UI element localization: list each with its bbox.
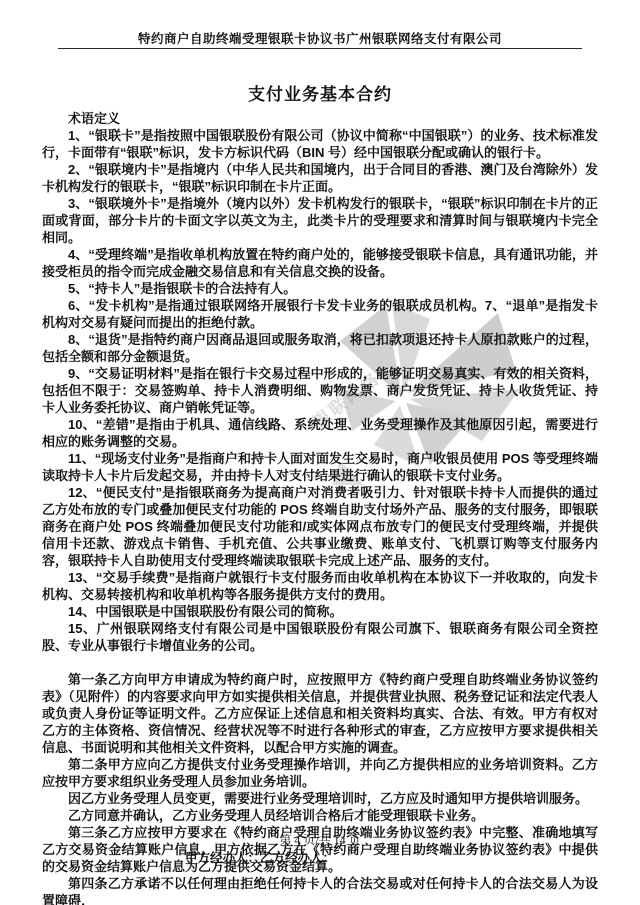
term-paragraph-2: 2、“银联境内卡”是指境内（中华人民共和国境内，出于合同目的香港、澳门及台湾除外…: [42, 161, 598, 195]
header-title: 特约商户自助终端受理银联卡协议书广州银联网络支付有限公司: [0, 29, 640, 47]
term-paragraph-11: 11、“现场支付业务”是指商户和持卡人面对面发生交易时，商户收银员使用 POS …: [42, 450, 598, 484]
clause-2: 第二条甲方应向乙方提供支付业务受理操作培训，并向乙方提供相应的业务培训资料。乙方…: [42, 756, 598, 790]
document-page: 特约商户自助终端受理银联卡协议书广州银联网络支付有限公司 支付业务基本合约 银联…: [0, 0, 640, 905]
term-paragraph-12: 12、“便民支付”是指银联商务为提高商户对消费者吸引力、针对银联卡持卡人而提供的…: [42, 484, 598, 569]
page-title: 支付业务基本合约: [0, 80, 640, 105]
term-paragraph-1: 1、“银联卡”是指按照中国银联股份有限公司（协议中简称“中国银联”）的业务、技术…: [42, 127, 598, 161]
footer-page-number: 第 4 页/共 14 页: [0, 831, 640, 848]
header-rule: [58, 48, 582, 49]
term-paragraph-6-7: 6、“发卡机构”是指通过银联网络开展银行卡发卡业务的银联成员机构。7、“退单”是…: [42, 297, 598, 331]
clause-2-sub-1: 因乙方业务受理人员变更，需要进行业务受理培训时，乙方应及时通知甲方提供培训服务。: [42, 790, 598, 807]
terms-heading: 术语定义: [42, 110, 598, 127]
clause-2-sub-2: 乙方同意并确认，乙方业务受理人员经培训合格后才能受理银联卡业务。: [42, 807, 598, 824]
term-paragraph-3: 3、“银联境外卡”是指境外（境内以外）发卡机构发行的银联卡，“银联”标识印制在卡…: [42, 195, 598, 246]
term-paragraph-15: 15、广州银联网络支付有限公司是中国银联股份有限公司旗下、银联商务有限公司全资控…: [42, 620, 598, 654]
term-paragraph-8: 8、“退货”是指特约商户因商品退回或服务取消，将已扣款项退还持卡人原扣款账户的过…: [42, 331, 598, 365]
term-paragraph-5: 5、“持卡人”是指银联卡的合法持有人。: [42, 280, 598, 297]
term-paragraph-14: 14、中国银联是中国银联股份有限公司的简称。: [42, 603, 598, 620]
term-paragraph-9: 9、“交易证明材料”是指在银行卡交易过程中形成的，能够证明交易真实、有效的相关资…: [42, 365, 598, 416]
term-paragraph-4: 4、“受理终端”是指收单机构放置在特约商户处的，能够接受银联卡信息，具有通讯功能…: [42, 246, 598, 280]
clause-4: 第四条乙方承诺不以任何理由拒绝任何持卡人的合法交易或对任何持卡人的合法交易人为设…: [42, 875, 598, 905]
term-paragraph-13: 13、“交易手续费”是指商户就银行卡支付服务而由收单机构在本协议下一并收取的，向…: [42, 569, 598, 603]
term-paragraph-10: 10、“差错”是指由于机具、通信线路、系统处理、业务受理操作及其他原因引起，需要…: [42, 416, 598, 450]
clause-1: 第一条乙方向甲方申请成为特约商户时，应按照甲方《特约商户受理自助终端业务协议签约…: [42, 671, 598, 756]
footer-signature-line: 甲方经办人：乙方经办人：: [185, 848, 335, 866]
contract-body: 术语定义 1、“银联卡”是指按照中国银联股份有限公司（协议中简称“中国银联”）的…: [42, 110, 598, 905]
